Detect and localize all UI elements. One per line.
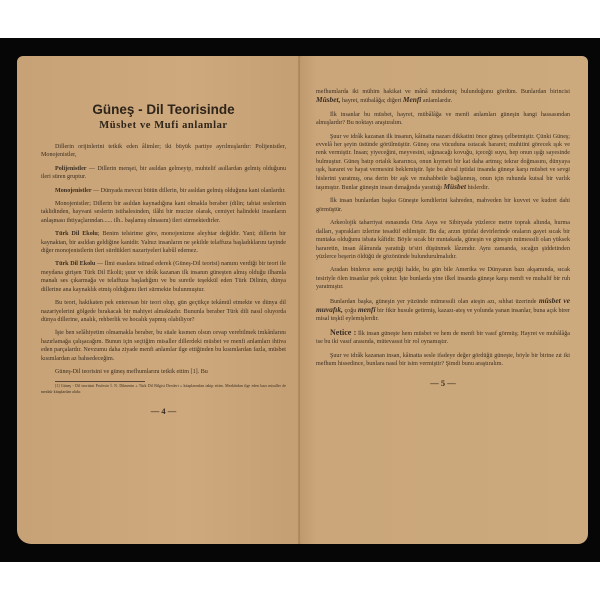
paragraph: Polijenistler — Dillerin menşei, bir ası… xyxy=(41,165,286,182)
emphasis: menfi xyxy=(358,305,376,314)
paragraph-lead: Polijenistler xyxy=(55,166,86,172)
paragraph-lead: Türk Dil Ekolu xyxy=(55,231,98,237)
paragraph: Arkeolojik taharriyat esnasında Orta Asy… xyxy=(316,219,570,261)
paragraph: Monojenistler; Dillerin bir asıldan kayn… xyxy=(41,200,286,225)
paragraph: Bunlardan başka, güneşin yer yüzünde müm… xyxy=(316,297,570,324)
left-page-body: Dillerin orijinlerini tetkik eden âlimle… xyxy=(41,143,286,376)
paragraph: Türk Dil Ekolu — İlmi esaslara istinad e… xyxy=(41,260,286,294)
paragraph: Bu teori, hakikaten pek enteresan bir te… xyxy=(41,299,286,324)
paragraph: Türk Dil Ekolu; Benim telsirime göre, mo… xyxy=(41,230,286,255)
paragraph: Güneş-Dil teorisini ve güneş mefhumların… xyxy=(41,368,286,376)
paragraph-lead: Türk Dil Ekolu xyxy=(55,261,95,267)
paragraph: Şuur ve idrâk kazanan insan, kâinatta se… xyxy=(316,352,570,369)
left-page: Güneş - Dil Teorisinde Müsbet ve Mufi an… xyxy=(17,56,300,544)
conclusion-label: Netice : xyxy=(330,328,356,337)
paragraph: Şuur ve idrâk kazanan ilk insanın, kâina… xyxy=(316,133,570,193)
emphasis: Müsbet xyxy=(443,182,466,191)
footnote: [1] Güneş - Dil teorisini Profesör İ. N.… xyxy=(41,384,286,395)
paragraph: İşte ben selâhiyetim olmamakla beraber, … xyxy=(41,329,286,363)
page-title: Güneş - Dil Teorisinde xyxy=(41,102,286,117)
paragraph: mefhumlarda iki mühim hakikat ve mânâ mü… xyxy=(316,88,570,106)
paragraph-lead: Monojenistler xyxy=(55,188,92,194)
paragraph: Dillerin orijinlerini tetkik eden âlimle… xyxy=(41,143,286,160)
right-page: mefhumlarda iki mühim hakikat ve mânâ mü… xyxy=(300,56,588,544)
paragraph: İlk insanlar bu müsbet, hayret, mübâlâğa… xyxy=(316,111,570,128)
right-page-body: mefhumlarda iki mühim hakikat ve mânâ mü… xyxy=(316,88,570,368)
emphasis: Menfi xyxy=(403,95,421,104)
page-subtitle: Müsbet ve Mufi anlamlar xyxy=(41,120,286,131)
book-spread: Güneş - Dil Teorisinde Müsbet ve Mufi an… xyxy=(17,56,588,544)
paragraph: İlk insan bunlardan başka Güneşte kendil… xyxy=(316,197,570,214)
page-number-right: — 5 — xyxy=(316,378,570,388)
paragraph: Netice : İlk insan güneşte hem müsbet ve… xyxy=(316,329,570,347)
emphasis: Müsbet, xyxy=(316,95,340,104)
paragraph: Aradan binlerce sene geçtiği halde, bu g… xyxy=(316,266,570,291)
footnote-divider xyxy=(55,381,145,382)
paragraph: Monojenistler — Dünyada mevcut bütün dil… xyxy=(41,187,286,195)
page-number-left: — 4 — xyxy=(41,406,286,416)
emphasis: müsbet ve muvafık, xyxy=(316,296,570,314)
